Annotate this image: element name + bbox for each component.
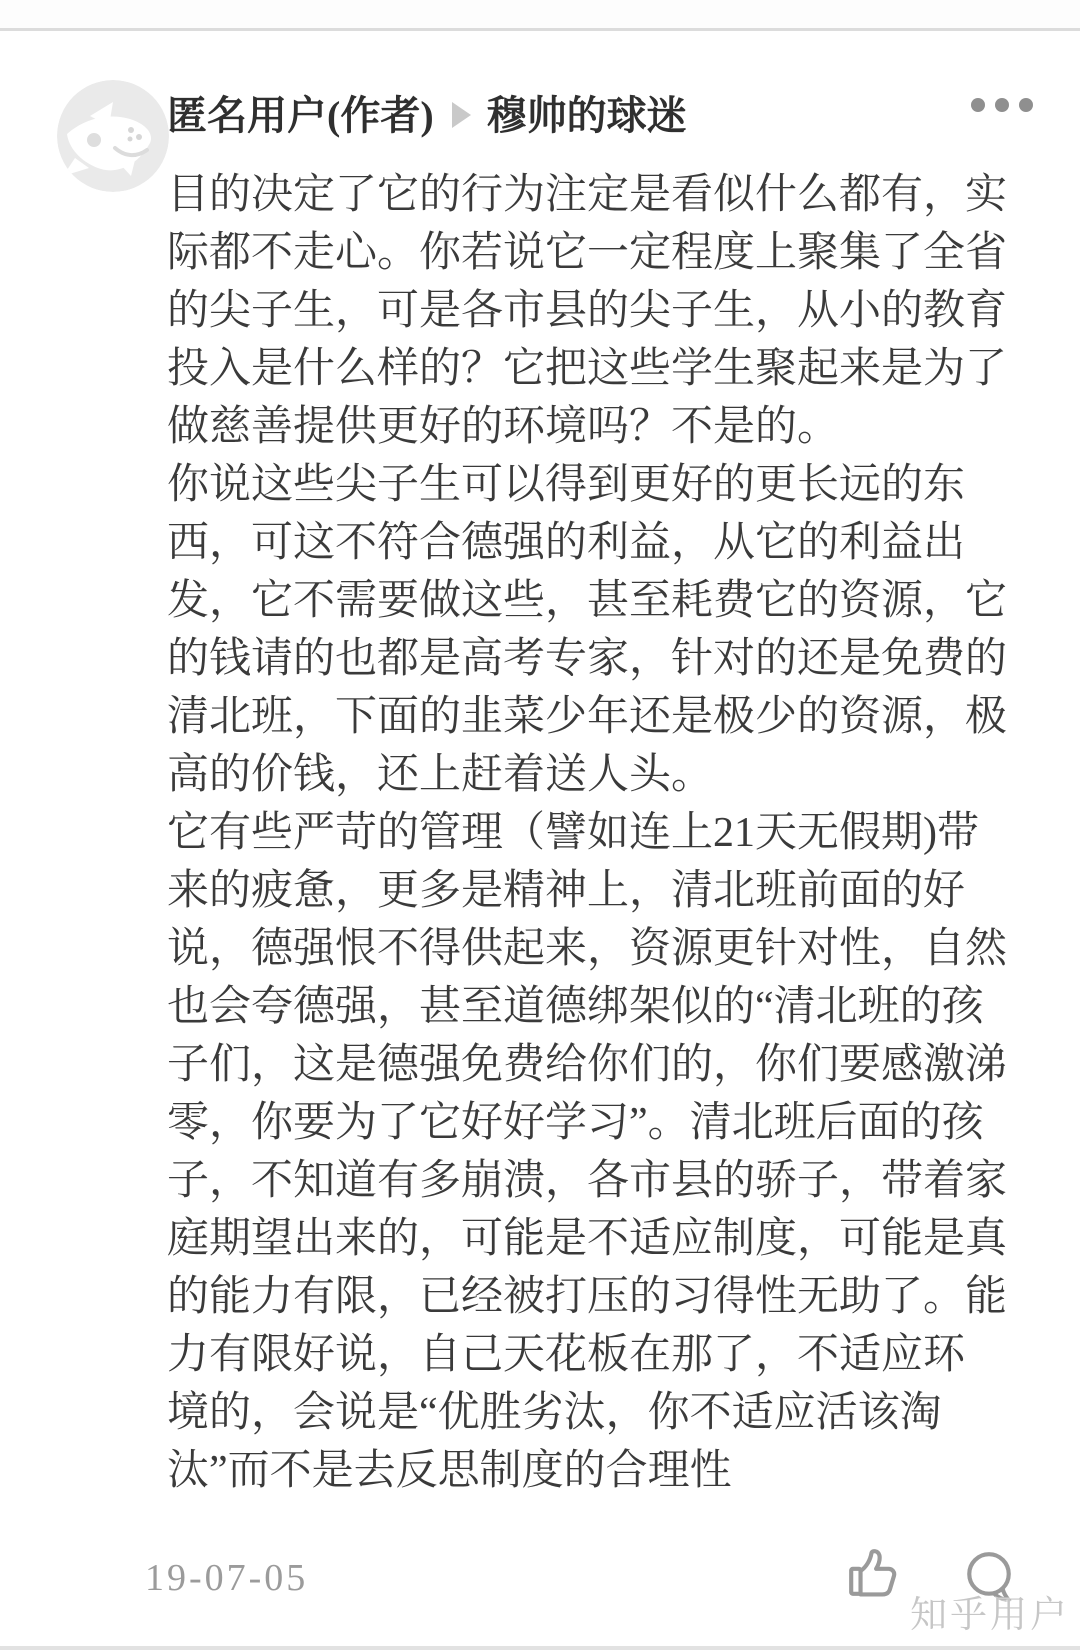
more-options-button[interactable] bbox=[971, 98, 1033, 112]
text-line: 的钱请的也都是高考专家，针对的还是免费的 bbox=[167, 630, 1052, 688]
text-line: 境的，会说是“优胜劣汰，你不适应活该淘 bbox=[167, 1384, 1052, 1442]
text-line: 的能力有限，已经被打压的习得性无助了。能 bbox=[167, 1268, 1052, 1326]
text-line: 的尖子生，可是各市县的尖子生，从小的教育 bbox=[167, 282, 1052, 340]
top-divider bbox=[0, 0, 1080, 31]
text-line: 子，不知道有多崩溃，各市县的骄子，带着家 bbox=[167, 1152, 1052, 1210]
text-line: 做慈善提供更好的环境吗？不是的。 bbox=[167, 398, 1052, 456]
text-line: 高的价钱，还上赶着送人头。 bbox=[167, 746, 1052, 804]
author-name[interactable]: 匿名用户(作者) bbox=[167, 84, 434, 141]
text-line: 发，它不需要做这些，甚至耗费它的资源，它 bbox=[167, 572, 1052, 630]
text-line: 际都不走心。你若说它一定程度上聚集了全省 bbox=[167, 224, 1052, 282]
text-line: 它有些严苛的管理（譬如连上21天无假期)带 bbox=[167, 804, 1052, 862]
text-line: 汰”而不是去反思制度的合理性 bbox=[167, 1442, 1052, 1500]
dot-icon bbox=[1019, 98, 1033, 112]
bottom-divider bbox=[0, 1646, 1080, 1650]
dot-icon bbox=[971, 98, 985, 112]
text-line: 目的决定了它的行为注定是看似什么都有，实 bbox=[167, 166, 1052, 224]
thumbs-up-icon bbox=[846, 1546, 900, 1600]
text-line: 子们，这是德强免费给你们的，你们要感激涕 bbox=[167, 1036, 1052, 1094]
text-line: 你说这些尖子生可以得到更好的更长远的东 bbox=[167, 456, 1052, 514]
text-line: 零，你要为了它好好学习”。清北班后面的孩 bbox=[167, 1094, 1052, 1152]
comment-date: 19-07-05 bbox=[145, 1556, 308, 1600]
comment-body: 目的决定了它的行为注定是看似什么都有，实 际都不走心。你若说它一定程度上聚集了全… bbox=[167, 166, 1052, 1500]
text-line: 清北班，下面的韭菜少年还是极少的资源，极 bbox=[167, 688, 1052, 746]
upvote-button[interactable] bbox=[846, 1546, 900, 1600]
dot-icon bbox=[995, 98, 1009, 112]
comment-header: 匿名用户(作者) 穆帅的球迷 bbox=[167, 84, 1040, 141]
avatar[interactable] bbox=[57, 80, 169, 192]
text-line: 来的疲惫，更多是精神上，清北班前面的好 bbox=[167, 862, 1052, 920]
text-line: 庭期望出来的，可能是不适应制度，可能是真 bbox=[167, 1210, 1052, 1268]
text-line: 说，德强恨不得供起来，资源更针对性，自然 bbox=[167, 920, 1052, 978]
text-line: 力有限好说，自己天花板在那了，不适应环 bbox=[167, 1326, 1052, 1384]
reply-arrow-icon bbox=[452, 102, 471, 128]
reply-to-name[interactable]: 穆帅的球迷 bbox=[487, 84, 687, 141]
zhihu-user-watermark: 知乎用户 bbox=[910, 1584, 1070, 1638]
text-line: 也会夸德强，甚至道德绑架似的“清北班的孩 bbox=[167, 978, 1052, 1036]
text-line: 西，可这不符合德强的利益，从它的利益出 bbox=[167, 514, 1052, 572]
text-line: 投入是什么样的？它把这些学生聚起来是为了 bbox=[167, 340, 1052, 398]
whale-doodle-icon bbox=[57, 80, 169, 192]
